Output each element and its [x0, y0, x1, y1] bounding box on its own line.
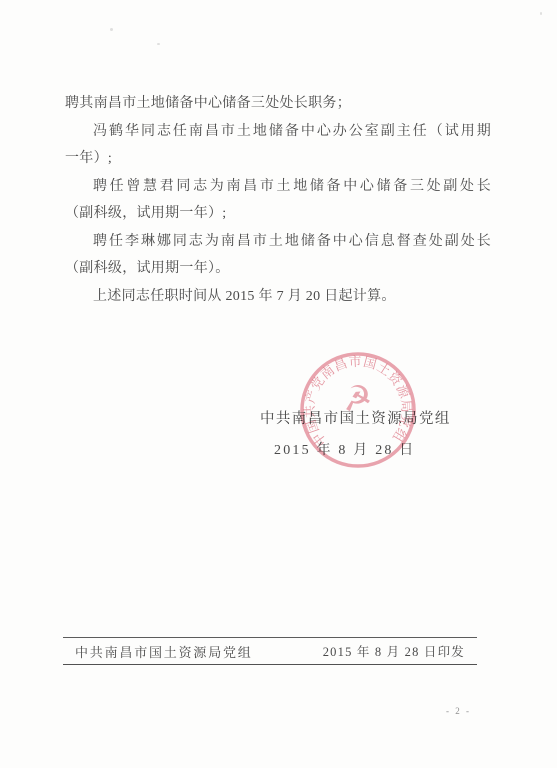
body-line: 聘其南昌市土地储备中心储备三处处长职务； — [65, 90, 491, 118]
document-page: 聘其南昌市土地储备中心储备三处处长职务； 冯鹤华同志任南昌市土地储备中心办公室副… — [0, 0, 557, 768]
body-line: 冯鹤华同志任南昌市土地储备中心办公室副主任（试用期 — [65, 118, 491, 146]
footer-print-date: 2015 年 8 月 28 日印发 — [323, 642, 465, 660]
body-line: 一年）; — [65, 145, 491, 173]
seal-ring-text-holder: 中国共产党南昌市国土资源局党组 — [302, 354, 415, 450]
scan-speck — [157, 43, 160, 45]
document-body: 聘其南昌市土地储备中心储备三处处长职务； 冯鹤华同志任南昌市土地储备中心办公室副… — [65, 90, 491, 310]
body-line: 聘任李琳娜同志为南昌市土地储备中心信息督查处副处长 — [65, 228, 491, 256]
body-line: 上述同志任职时间从 2015 年 7 月 20 日起计算。 — [65, 283, 491, 311]
scan-speck — [540, 12, 542, 15]
page-number: - 2 - — [446, 706, 471, 716]
body-line: （副科级，试用期一年）。 — [65, 255, 491, 283]
footer-issuer: 中共南昌市国土资源局党组 — [75, 642, 253, 661]
footer-colophon: 中共南昌市国土资源局党组 2015 年 8 月 28 日印发 — [63, 637, 477, 665]
body-line: （副科级，试用期一年）; — [65, 200, 491, 228]
body-line: 聘任曾慧君同志为南昌市土地储备中心储备三处副处长 — [65, 173, 491, 201]
scan-speck — [110, 28, 113, 31]
signature-date: 2015 年 8 月 28 日 — [274, 439, 416, 459]
signature-organization: 中共南昌市国土资源局党组 — [260, 407, 451, 428]
seal-ring-text: 中国共产党南昌市国土资源局党组 — [302, 354, 415, 450]
